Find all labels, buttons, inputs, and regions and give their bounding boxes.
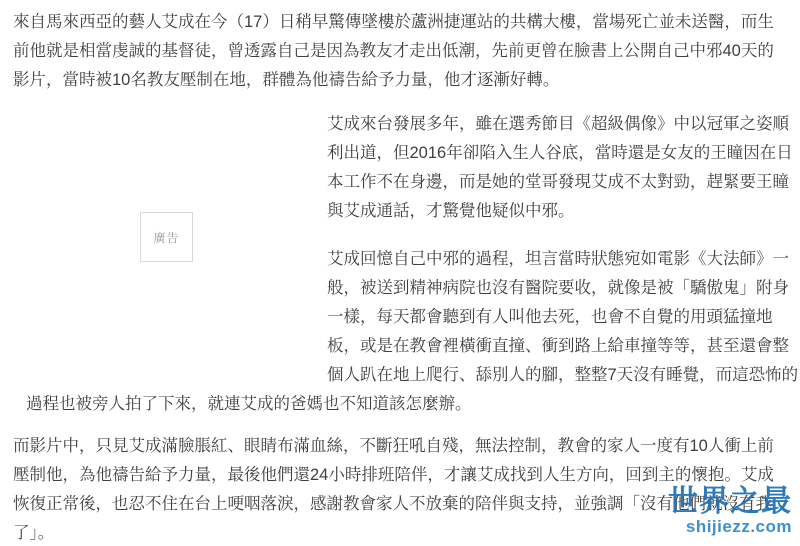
text-line: 艾成來台發展多年，雖在選秀節目《超級偶像》中以冠軍之姿順: [327, 110, 792, 139]
paragraph-4: 而影片中，只見艾成滿臉脹紅、眼睛布滿血絲，不斷狂吼自殘，無法控制，教會的家人一度…: [13, 432, 792, 546]
text-line: 本工作不在身邊，而是她的堂哥發現艾成不太對勁，趕緊要王瞳: [327, 168, 792, 197]
text-line: 恢復正常後，也忍不住在台上哽咽落淚，感謝教會家人不放棄的陪伴與支持，並強調「沒有…: [13, 490, 792, 519]
paragraph-1: 來自馬來西亞的藝人艾成在今（17）日稍早驚傳墜樓於蘆洲捷運站的共構大樓，當場死亡…: [13, 8, 792, 95]
text-line: 般，被送到精神病院也沒有醫院要收，就像是被「驕傲鬼」附身: [327, 274, 792, 303]
text-line: 與艾成通話，才驚覺他疑似中邪。: [327, 197, 792, 226]
text-line: 前他就是相當虔誠的基督徒，曾透露自己是因為教友才走出低潮，先前更曾在臉書上公開自…: [13, 37, 792, 66]
paragraph-3-continued: 過程也被旁人拍了下來，就連艾成的爸媽也不知道該怎麼辦。: [13, 390, 792, 419]
paragraph-2: 艾成來台發展多年，雖在選秀節目《超級偶像》中以冠軍之姿順 利出道，但2016年卻…: [327, 110, 792, 226]
text-line: 來自馬來西亞的藝人艾成在今（17）日稍早驚傳墜樓於蘆洲捷運站的共構大樓，當場死亡…: [13, 8, 792, 37]
text-line: 影片，當時被10名教友壓制在地，群體為他禱告給予力量，他才逐漸好轉。: [13, 66, 792, 95]
text-line: 了」。: [13, 519, 792, 546]
text-line: 艾成回憶自己中邪的過程，坦言當時狀態宛如電影《大法師》一: [327, 245, 792, 274]
text-line: 一樣，每天都會聽到有人叫他去死，也會不自覺的用頭猛撞地: [327, 303, 792, 332]
text-line: 壓制他，為他禱告給予力量，最後他們還24小時排班陪伴，才讓艾成找到人生方向，回到…: [13, 461, 792, 490]
text-line: 板，或是在教會裡橫衝直撞、衝到路上給車撞等等，甚至還會整: [327, 332, 792, 361]
text-line: 而影片中，只見艾成滿臉脹紅、眼睛布滿血絲，不斷狂吼自殘，無法控制，教會的家人一度…: [13, 432, 792, 461]
paragraph-3: 艾成回憶自己中邪的過程，坦言當時狀態宛如電影《大法師》一 般，被送到精神病院也沒…: [327, 245, 792, 390]
ad-placeholder: 廣告: [140, 212, 193, 262]
article-page: 來自馬來西亞的藝人艾成在今（17）日稍早驚傳墜樓於蘆洲捷運站的共構大樓，當場死亡…: [0, 0, 800, 546]
text-line: 利出道，但2016年卻陷入生人谷底，當時還是女友的王瞳因在日: [327, 139, 792, 168]
text-line: 個人趴在地上爬行、舔別人的腳，整整7天沒有睡覺，而這恐怖的: [327, 361, 792, 390]
text-line: 過程也被旁人拍了下來，就連艾成的爸媽也不知道該怎麼辦。: [26, 390, 792, 419]
ad-label: 廣告: [153, 229, 179, 246]
